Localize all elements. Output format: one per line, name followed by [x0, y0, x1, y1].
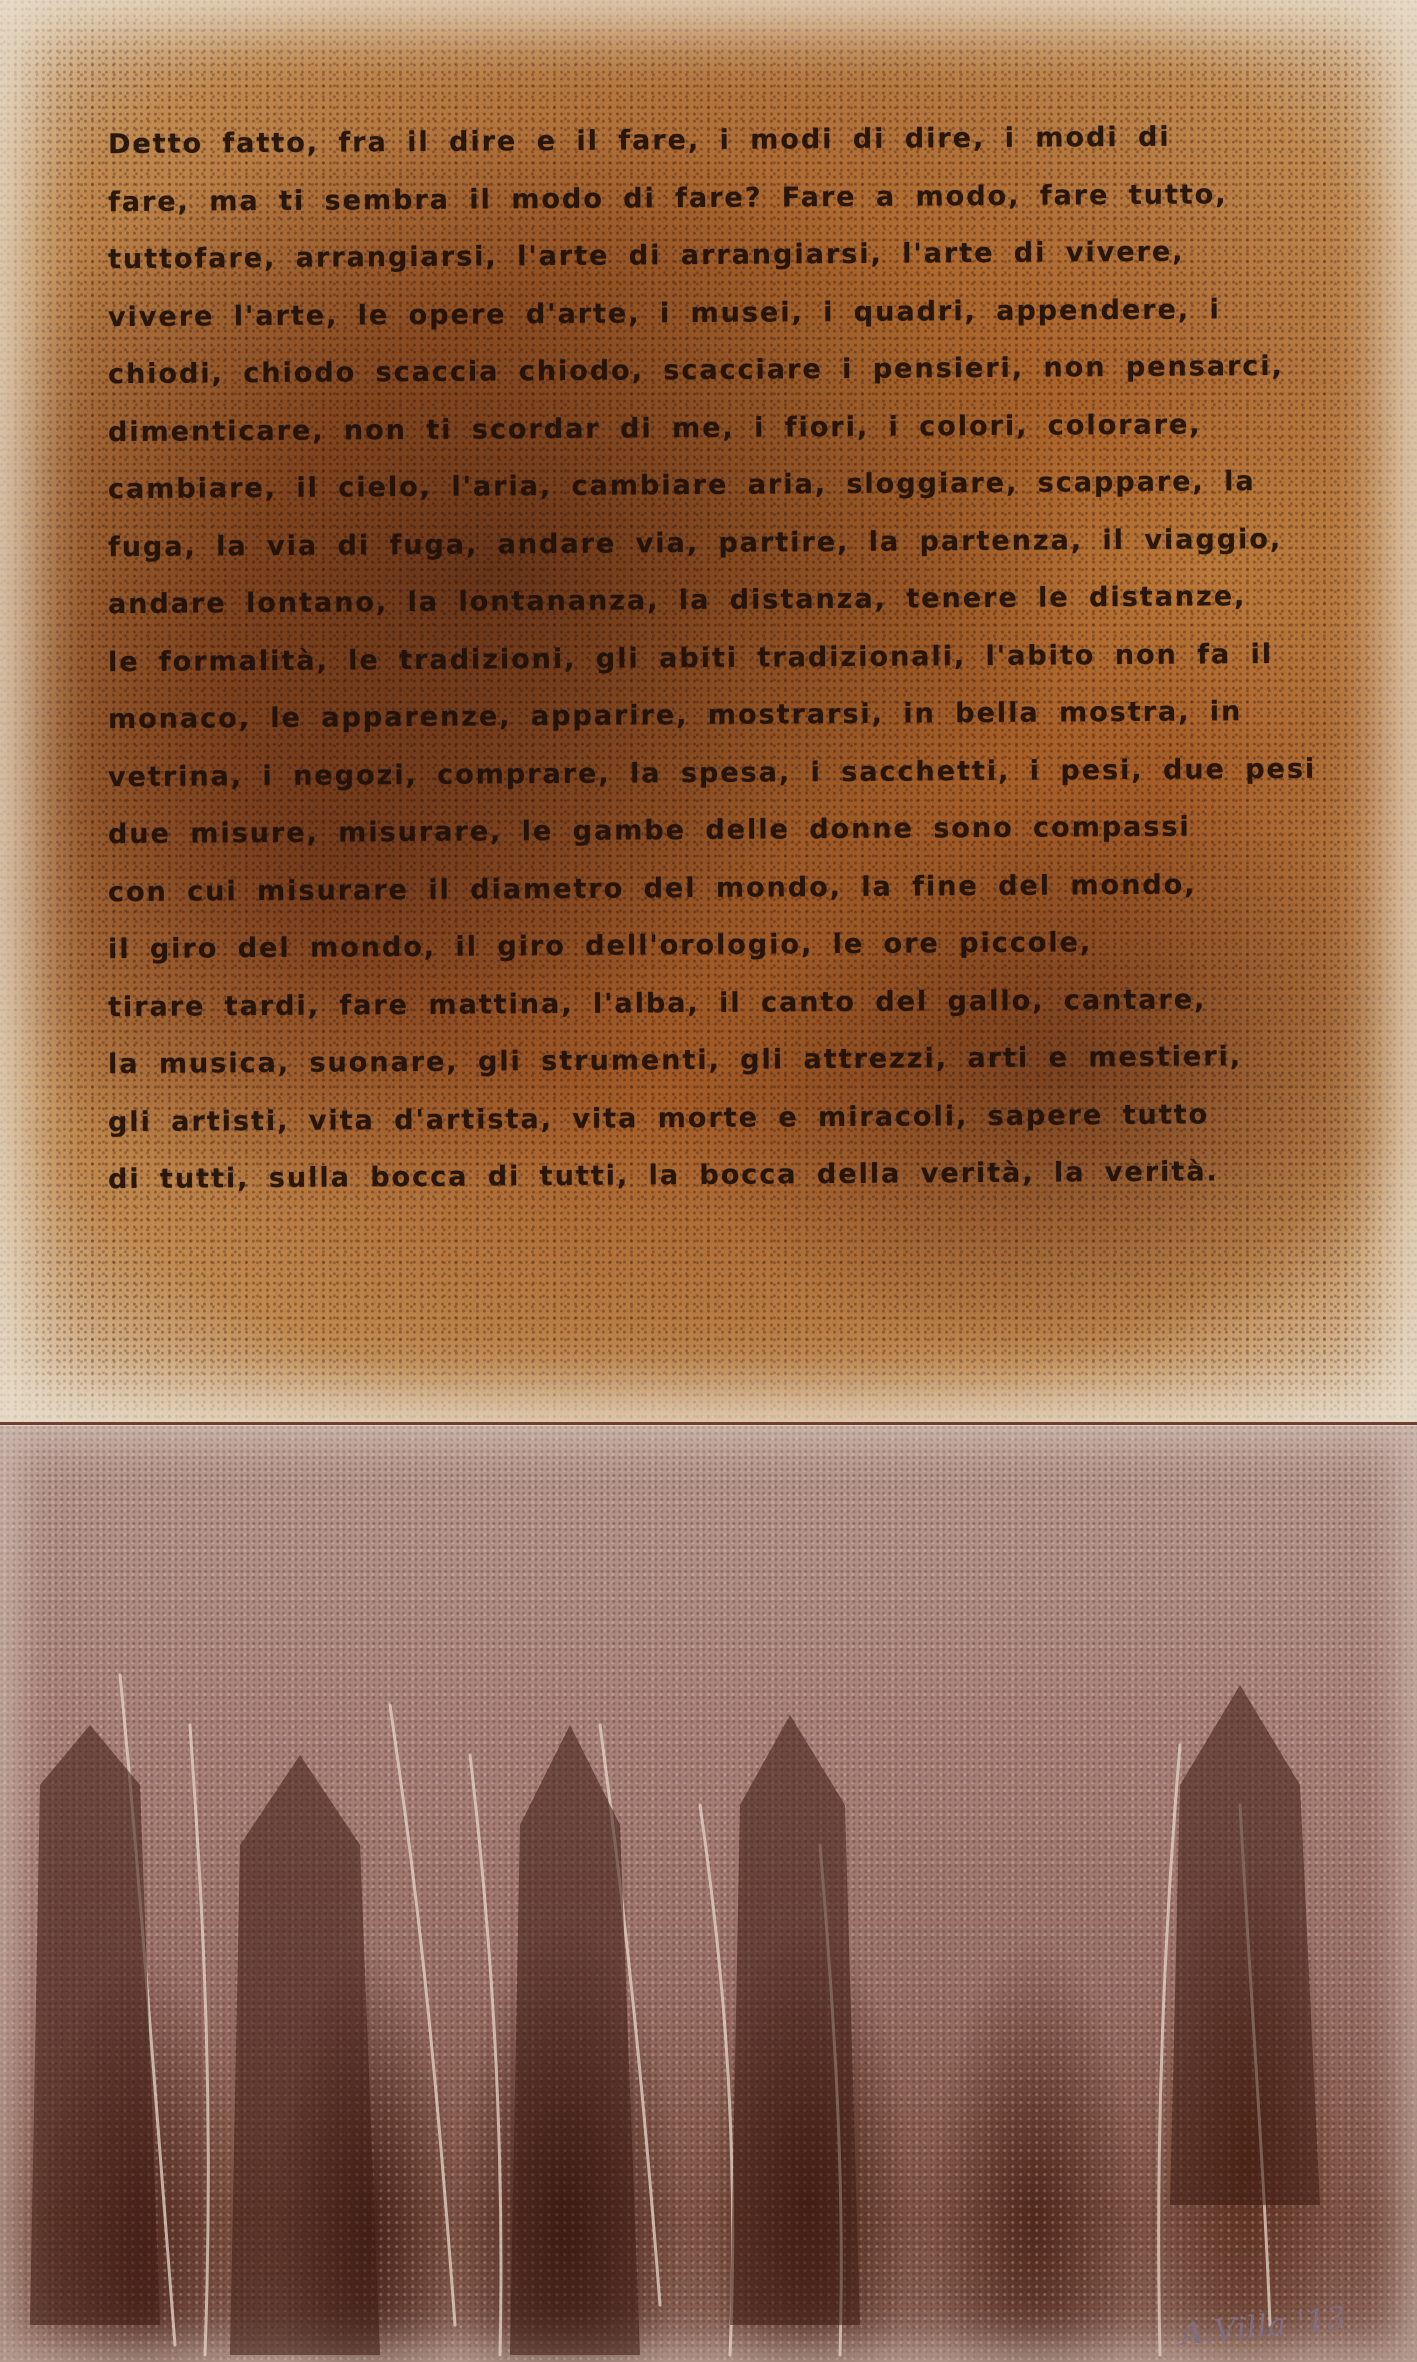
text-line: le formalità, le tradizioni, gli abiti t… — [108, 625, 1278, 691]
text-line: di tutti, sulla bocca di tutti, la bocca… — [108, 1143, 1278, 1209]
lower-drip-panel: A.Villa '13 — [0, 1425, 1417, 2362]
text-line: monaco, le apparenze, apparire, mostrars… — [108, 683, 1278, 749]
text-line: chiodi, chiodo scaccia chiodo, scacciare… — [108, 338, 1278, 404]
text-line: cambiare, il cielo, l'aria, cambiare ari… — [108, 453, 1278, 519]
handwritten-text-block: Detto fatto, fra il dire e il fare, i mo… — [108, 112, 1278, 1205]
text-line: tirare tardi, fare mattina, l'alba, il c… — [108, 970, 1278, 1036]
upper-text-panel: Detto fatto, fra il dire e il fare, i mo… — [0, 0, 1417, 1422]
text-line: vivere l'arte, le opere d'arte, i musei,… — [108, 280, 1278, 346]
text-line: con cui misurare il diametro del mondo, … — [108, 855, 1278, 921]
artwork-canvas: Detto fatto, fra il dire e il fare, i mo… — [0, 0, 1417, 2362]
text-line: il giro del mondo, il giro dell'orologio… — [108, 913, 1278, 979]
panel-seam-divider — [0, 1422, 1417, 1425]
text-line: vetrina, i negozi, comprare, la spesa, i… — [108, 740, 1278, 806]
text-line: la musica, suonare, gli strumenti, gli a… — [108, 1028, 1278, 1094]
text-line: andare lontano, la lontananza, la distan… — [108, 568, 1278, 634]
text-line: Detto fatto, fra il dire e il fare, i mo… — [108, 108, 1278, 174]
drip-forms-icon — [0, 1425, 1417, 2362]
text-line: fare, ma ti sembra il modo di fare? Fare… — [108, 165, 1278, 231]
text-line: fuga, la via di fuga, andare via, partir… — [108, 510, 1278, 576]
text-line: dimenticare, non ti scordar di me, i fio… — [108, 395, 1278, 461]
text-line: due misure, misurare, le gambe delle don… — [108, 798, 1278, 864]
text-line: gli artisti, vita d'artista, vita morte … — [108, 1085, 1278, 1151]
text-line: tuttofare, arrangiarsi, l'arte di arrang… — [108, 223, 1278, 289]
